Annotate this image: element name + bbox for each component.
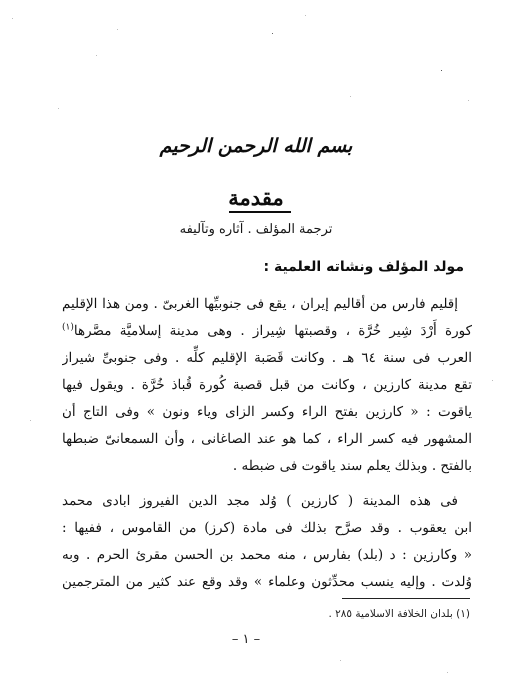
scan-speck (492, 380, 493, 381)
text-line: فى هذه المدينة ( كارزين ) وُلد مجد الدين… (62, 488, 472, 515)
text-line: تقع مدينة كارزين ، وكانت من قبل قصبة كُو… (62, 372, 472, 399)
paragraph-2: فى هذه المدينة ( كارزين ) وُلد مجد الدين… (62, 488, 472, 596)
text-line: بالفتح . وبذلك يعلم سند ياقوت فى ضبطه . (62, 453, 472, 480)
basmala-heading: بسم الله الرحمن الرحيم (0, 135, 512, 157)
text-line: ابن يعقوب . وقد صرَّح بذلك فى مادة (كرز)… (62, 515, 472, 542)
scan-speck (340, 660, 341, 661)
scan-speck (30, 420, 31, 421)
page-subtitle: ترجمة المؤلف . آثاره وتآليفه (0, 222, 512, 237)
document-page: بسم الله الرحمن الرحيم مقدمة ترجمة المؤل… (0, 0, 512, 694)
text-line: وُلدت . وإليه ينسب محدِّثون وعلماء » وقد… (62, 569, 472, 596)
section-heading: مولد المؤلف ونشاته العلمية : (263, 259, 464, 275)
footnote-reference[interactable]: (١) (62, 323, 74, 333)
text-line-with-footnote: كورة أَرْدَ شِير خُرَّة ، وقصبتها شِيراز… (62, 318, 472, 345)
text-line: العرب فى سنة ٦٤ هـ . وكانت قَصَبة الإقلي… (62, 345, 472, 372)
scan-speck (272, 33, 273, 34)
page-title: مقدمة (0, 185, 512, 210)
text-line: « وكارزين : د (بلد) بفارس ، منه محمد بن … (62, 542, 472, 569)
scan-speck (350, 96, 351, 97)
scan-speck (117, 29, 118, 30)
text-line: المشهور فيه كسر الراء ، كما هو عند الصاغ… (62, 426, 472, 453)
text-line: إقليم فارس من أقاليم إيران ، يقع فى جنوب… (62, 291, 472, 318)
scan-speck (441, 70, 442, 71)
scan-speck (305, 15, 306, 16)
scan-speck (468, 100, 469, 101)
text-line: ياقوت : « كارزين بفتح الراء وكسر الزاى و… (62, 399, 472, 426)
scan-speck (96, 55, 97, 56)
scan-speck (58, 108, 59, 109)
scan-speck (12, 18, 13, 19)
title-underline (229, 211, 291, 213)
footnote: (١) بلدان الخلافة الاسلامية ٢٨٥ . (328, 608, 470, 620)
footnote-divider (342, 598, 470, 599)
text-line: كورة أَرْدَ شِير خُرَّة ، وقصبتها شِيراز… (74, 323, 472, 339)
paragraph-1: إقليم فارس من أقاليم إيران ، يقع فى جنوب… (62, 291, 472, 480)
body-text: إقليم فارس من أقاليم إيران ، يقع فى جنوب… (62, 291, 472, 596)
scan-speck (447, 672, 448, 673)
page-number: – ١ – (0, 632, 512, 647)
